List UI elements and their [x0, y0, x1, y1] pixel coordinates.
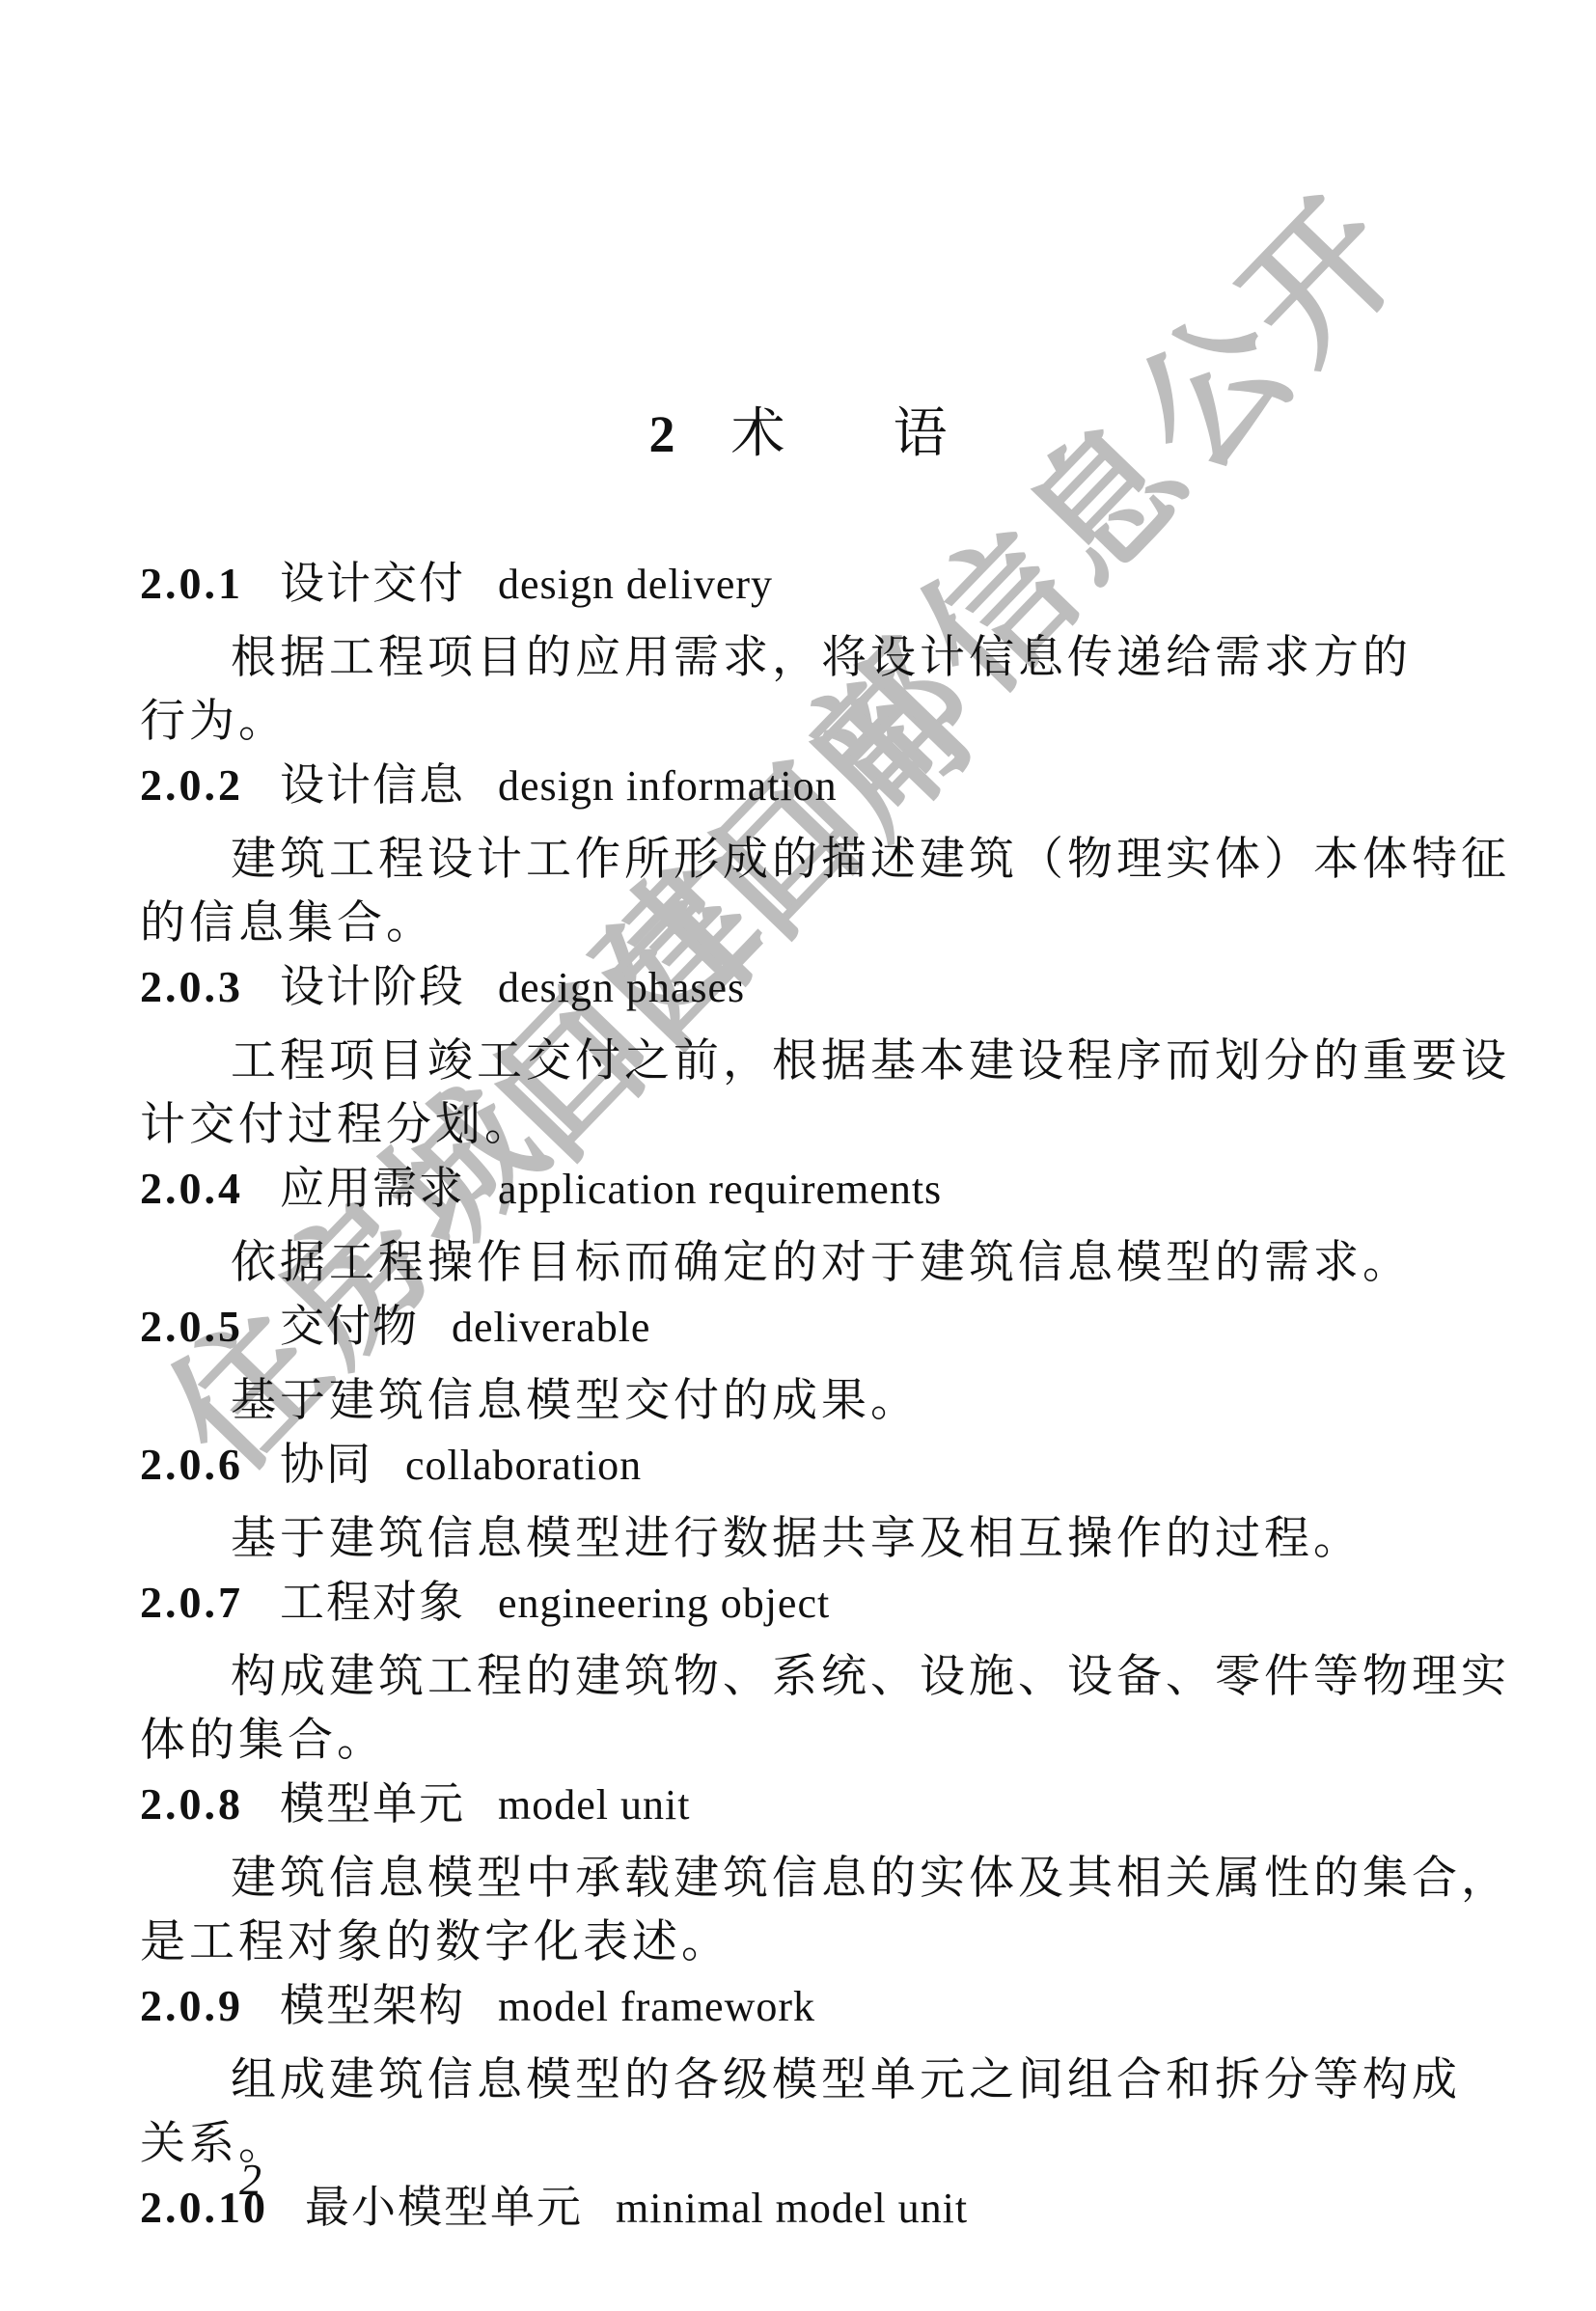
term-zh: 设计交付	[280, 559, 465, 608]
term-en: design information	[498, 762, 838, 810]
term-zh: 工程对象	[280, 1578, 465, 1627]
chapter-title: 2术语	[0, 391, 1596, 468]
term-number: 2.0.9	[140, 1981, 243, 2030]
term-zh: 模型架构	[280, 1981, 465, 2030]
term-en: deliverable	[452, 1304, 650, 1351]
term-number: 2.0.2	[140, 760, 243, 810]
term-body-line: 组成建筑信息模型的各级模型单元之间组合和拆分等构成	[140, 2049, 1462, 2112]
term-heading: 2.0.5交付物deliverable	[140, 1295, 1462, 1369]
term-number: 2.0.6	[140, 1440, 243, 1489]
term-heading: 2.0.10最小模型单元minimal model unit	[140, 2176, 1462, 2250]
term-heading: 2.0.9模型架构model framework	[140, 1974, 1462, 2049]
term-body-line: 根据工程项目的应用需求，将设计信息传递给需求方的	[140, 626, 1462, 690]
term-heading: 2.0.8模型单元model unit	[140, 1773, 1462, 1847]
term-zh: 模型单元	[280, 1779, 465, 1829]
term-heading: 2.0.1设计交付design delivery	[140, 552, 1462, 626]
chapter-title-char-1: 术	[731, 404, 785, 464]
term-heading: 2.0.6协同collaboration	[140, 1433, 1462, 1507]
page-number: 2	[239, 2154, 261, 2205]
term-heading: 2.0.4应用需求application requirements	[140, 1157, 1462, 1231]
term-en: design phases	[498, 964, 745, 1011]
term-en: model unit	[498, 1781, 690, 1829]
term-body-line: 工程项目竣工交付之前，根据基本建设程序而划分的重要设	[140, 1030, 1462, 1093]
term-en: design delivery	[498, 561, 773, 608]
term-zh: 应用需求	[280, 1164, 465, 1213]
term-number: 2.0.5	[140, 1302, 243, 1351]
term-zh: 设计信息	[280, 760, 465, 810]
term-heading: 2.0.2设计信息design information	[140, 754, 1462, 828]
term-zh: 最小模型单元	[305, 2183, 583, 2232]
term-number: 2.0.8	[140, 1779, 243, 1829]
term-heading: 2.0.7工程对象engineering object	[140, 1571, 1462, 1645]
term-body-line: 的信息集合。	[140, 892, 1462, 955]
term-body-line: 关系。	[140, 2112, 1462, 2176]
term-zh: 协同	[280, 1440, 372, 1489]
term-en: application requirements	[498, 1166, 942, 1213]
term-heading: 2.0.3设计阶段design phases	[140, 955, 1462, 1030]
term-number: 2.0.1	[140, 559, 243, 608]
term-en: model framework	[498, 1983, 815, 2030]
term-en: collaboration	[405, 1442, 642, 1489]
term-body-line: 基于建筑信息模型交付的成果。	[140, 1369, 1462, 1433]
term-body-line: 体的集合。	[140, 1709, 1462, 1773]
term-en: minimal model unit	[616, 2185, 968, 2232]
term-zh: 交付物	[280, 1302, 419, 1351]
term-body-line: 构成建筑工程的建筑物、系统、设施、设备、零件等物理实	[140, 1645, 1462, 1709]
term-body-line: 基于建筑信息模型进行数据共享及相互操作的过程。	[140, 1507, 1462, 1571]
term-body-line: 依据工程操作目标而确定的对于建筑信息模型的需求。	[140, 1231, 1462, 1295]
term-body-line: 计交付过程分划。	[140, 1093, 1462, 1157]
term-en: engineering object	[498, 1580, 830, 1627]
term-zh: 设计阶段	[280, 962, 465, 1011]
term-number: 2.0.3	[140, 962, 243, 1011]
term-body-line: 建筑工程设计工作所形成的描述建筑（物理实体）本体特征	[140, 828, 1462, 892]
term-number: 2.0.4	[140, 1164, 243, 1213]
term-body-line: 是工程对象的数字化表述。	[140, 1911, 1462, 1974]
chapter-number: 2	[649, 405, 675, 463]
chapter-title-char-2: 语	[894, 404, 948, 464]
term-number: 2.0.7	[140, 1578, 243, 1627]
term-body-line: 行为。	[140, 690, 1462, 754]
terms-list: 2.0.1设计交付design delivery 根据工程项目的应用需求，将设计…	[140, 552, 1462, 2250]
term-body-line: 建筑信息模型中承载建筑信息的实体及其相关属性的集合，	[140, 1847, 1462, 1911]
